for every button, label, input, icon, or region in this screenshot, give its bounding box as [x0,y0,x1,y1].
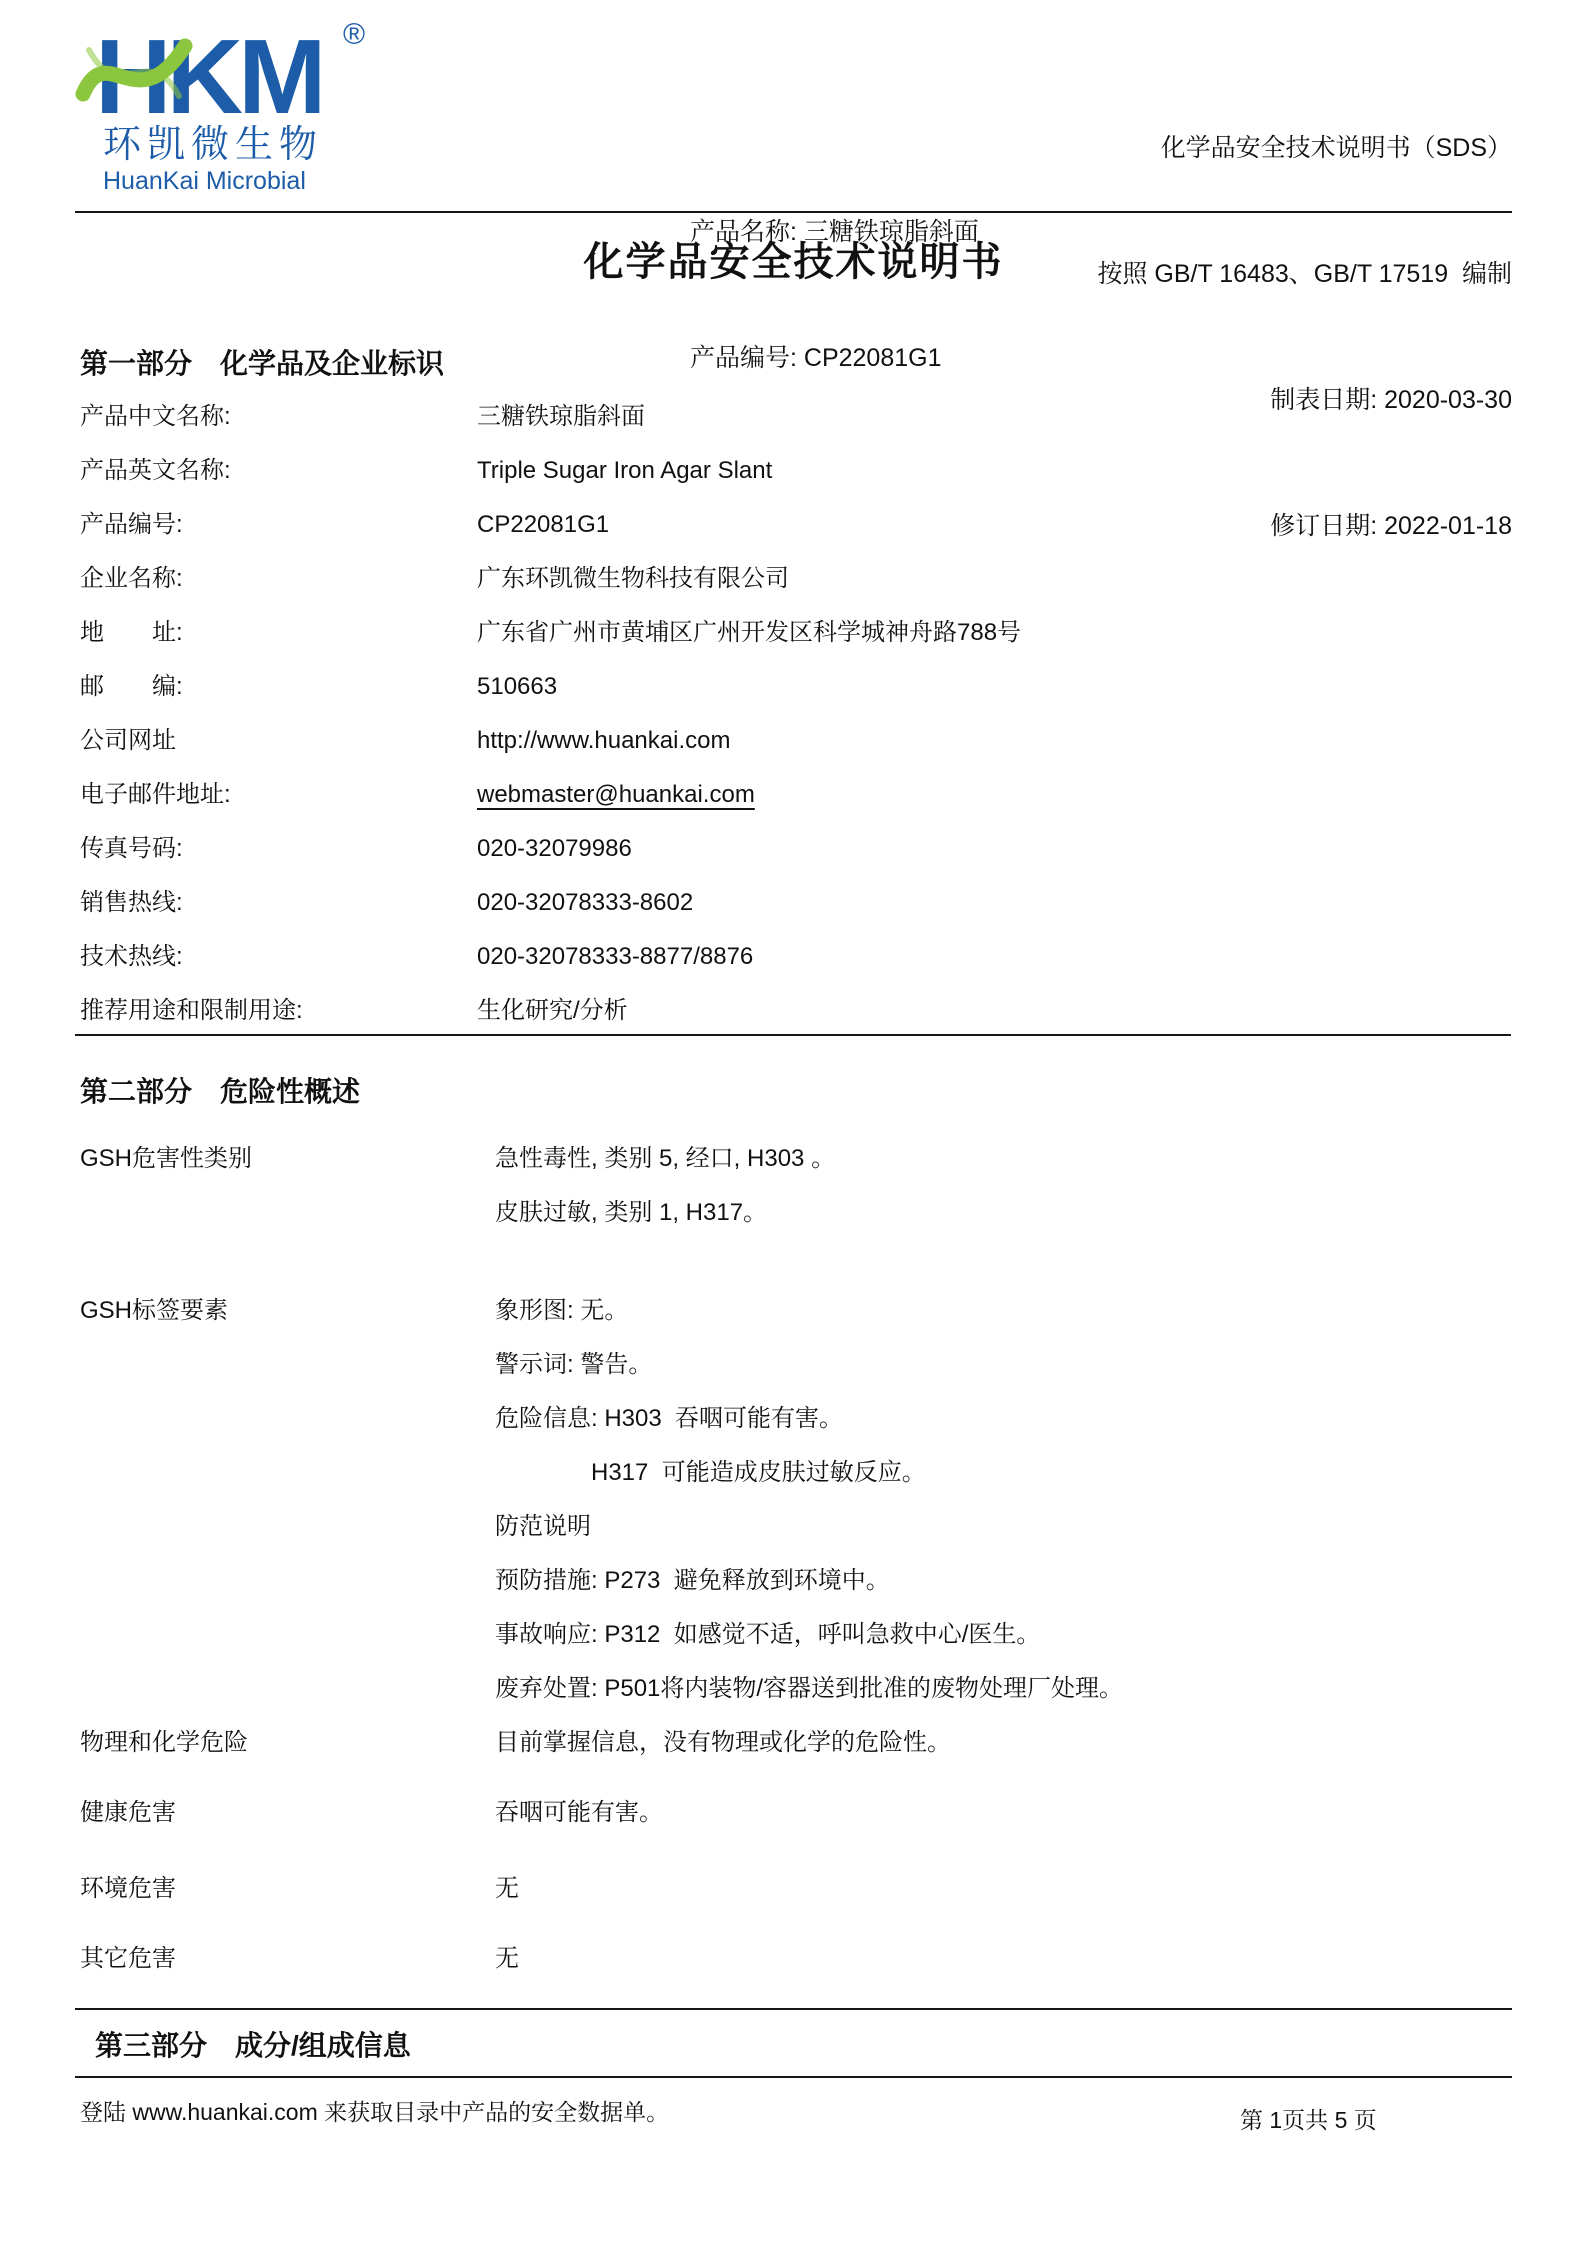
section3-bottom-divider [75,2076,1512,2078]
field-value: 生化研究/分析 [477,984,628,1038]
hazard-value-line: 废弃处置: P501将内装物/容器送到批准的废物处理厂处理。 [495,1662,1512,1716]
hazard-value-line: 急性毒性, 类别 5, 经口, H303 。 [495,1132,1512,1186]
section2-heading: 第二部分 危险性概述 [80,1076,360,1108]
hazard-value-line: 危险信息: H303 吞咽可能有害。 [495,1392,1512,1446]
field-row: 传真号码: 020-32079986 [80,822,1512,876]
hazard-value-line: 吞咽可能有害。 [495,1786,1512,1840]
field-label: 产品中文名称: [80,390,477,444]
section3-heading: 第三部分 成分/组成信息 [95,2030,411,2062]
field-value: Triple Sugar Iron Agar Slant [477,444,772,498]
field-label: 地 址: [80,606,477,660]
hazard-value-line: H317 可能造成皮肤过敏反应。 [495,1446,1512,1500]
field-label: 公司网址 [80,714,477,768]
hazard-value-line: 无 [495,1932,1512,1986]
hazard-value-lines: 吞咽可能有害。 [495,1786,1512,1840]
hazard-row: 其它危害 无 [80,1932,1512,1986]
hazard-value-lines: 无 [495,1862,1512,1916]
header-doc-type: 化学品安全技术说明书（SDS） [1097,127,1512,169]
hazard-value-line: 皮肤过敏, 类别 1, H317。 [495,1186,1512,1240]
hazard-value-line: 警示词: 警告。 [495,1338,1512,1392]
hazard-row: 健康危害 吞咽可能有害。 [80,1786,1512,1840]
section1-rows: 产品中文名称: 三糖铁琼脂斜面 产品英文名称: Triple Sugar Iro… [80,390,1512,1038]
hazard-label: 其它危害 [80,1932,495,1986]
field-row: 电子邮件地址: webmaster@huankai.com [80,768,1512,822]
field-label: 销售热线: [80,876,477,930]
hazard-row: 环境危害 无 [80,1862,1512,1916]
field-value: 020-32078333-8602 [477,876,693,930]
hazard-label: GSH危害性类别 [80,1132,495,1240]
header-divider [75,211,1512,213]
field-label: 传真号码: [80,822,477,876]
field-row: 产品编号: CP22081G1 [80,498,1512,552]
field-row: 企业名称: 广东环凯微生物科技有限公司 [80,552,1512,606]
hazard-row: GSH标签要素 象形图: 无。 警示词: 警告。 危险信息: H303 吞咽可能… [80,1284,1512,1716]
field-label: 推荐用途和限制用途: [80,984,477,1038]
hazard-value-line: 事故响应: P312 如感觉不适，呼叫急救中心/医生。 [495,1608,1512,1662]
field-label: 电子邮件地址: [80,768,477,822]
hazard-value-line: 防范说明 [495,1500,1512,1554]
hazard-label: 环境危害 [80,1862,495,1916]
field-row: 地 址: 广东省广州市黄埔区广州开发区科学城神舟路788号 [80,606,1512,660]
field-label: 技术热线: [80,930,477,984]
field-value: 510663 [477,660,557,714]
section2-rows: GSH危害性类别 急性毒性, 类别 5, 经口, H303 。 皮肤过敏, 类别… [80,1132,1512,1986]
hazard-value-lines: 目前掌握信息，没有物理或化学的危险性。 [495,1716,1512,1770]
field-value: webmaster@huankai.com [477,768,755,822]
hazard-value-lines: 急性毒性, 类别 5, 经口, H303 。 皮肤过敏, 类别 1, H317。 [495,1132,1512,1240]
field-row: 技术热线: 020-32078333-8877/8876 [80,930,1512,984]
field-row: 产品中文名称: 三糖铁琼脂斜面 [80,390,1512,444]
field-value: 广东环凯微生物科技有限公司 [477,552,789,606]
footer-note: 登陆 www.huankai.com 来获取目录中产品的安全数据单。 [80,2094,669,2127]
hazard-label: GSH标签要素 [80,1284,495,1716]
field-value: http://www.huankai.com [477,714,730,768]
document-title: 化学品安全技术说明书 [0,230,1587,287]
field-row: 公司网址 http://www.huankai.com [80,714,1512,768]
field-value: CP22081G1 [477,498,609,552]
section3-top-divider [75,2008,1512,2010]
section1-heading: 第一部分 化学品及企业标识 [80,348,444,380]
hazard-row: GSH危害性类别 急性毒性, 类别 5, 经口, H303 。 皮肤过敏, 类别… [80,1132,1512,1240]
hazard-value-line: 无 [495,1862,1512,1916]
logo-cn-text: 环凯微生物 [103,124,323,166]
header-product-code: 产品编号: CP22081G1 [690,337,979,379]
hazard-row: 物理和化学危险 目前掌握信息，没有物理或化学的危险性。 [80,1716,1512,1770]
field-label: 邮 编: [80,660,477,714]
hazard-value-line: 象形图: 无。 [495,1284,1512,1338]
field-label: 企业名称: [80,552,477,606]
field-label: 产品英文名称: [80,444,477,498]
field-value: 020-32079986 [477,822,632,876]
hazard-value-lines: 无 [495,1932,1512,1986]
field-value: 广东省广州市黄埔区广州开发区科学城神舟路788号 [477,606,1021,660]
logo-registered-mark: ® [343,18,365,51]
hazard-value-line: 目前掌握信息，没有物理或化学的危险性。 [495,1716,1512,1770]
section1-divider [75,1034,1511,1036]
page-number: 第 1页共 5 页 [1240,2102,1377,2135]
field-row: 推荐用途和限制用途: 生化研究/分析 [80,984,1512,1038]
field-label: 产品编号: [80,498,477,552]
field-row: 邮 编: 510663 [80,660,1512,714]
hazard-value-line: 预防措施: P273 避免释放到环境中。 [495,1554,1512,1608]
hazard-value-lines: 象形图: 无。 警示词: 警告。 危险信息: H303 吞咽可能有害。 H317… [495,1284,1512,1716]
hazard-label: 物理和化学危险 [80,1716,495,1770]
field-value: 020-32078333-8877/8876 [477,930,753,984]
sds-document-page: HKM ® 环凯微生物 HuanKai Microbial 产品名称: 三糖铁琼… [0,0,1587,2245]
field-row: 产品英文名称: Triple Sugar Iron Agar Slant [80,444,1512,498]
logo-en-text: HuanKai Microbial [103,167,306,195]
hkm-logo: HKM ® 环凯微生物 HuanKai Microbial [75,10,435,205]
field-row: 销售热线: 020-32078333-8602 [80,876,1512,930]
field-value: 三糖铁琼脂斜面 [477,390,645,444]
hazard-label: 健康危害 [80,1786,495,1840]
